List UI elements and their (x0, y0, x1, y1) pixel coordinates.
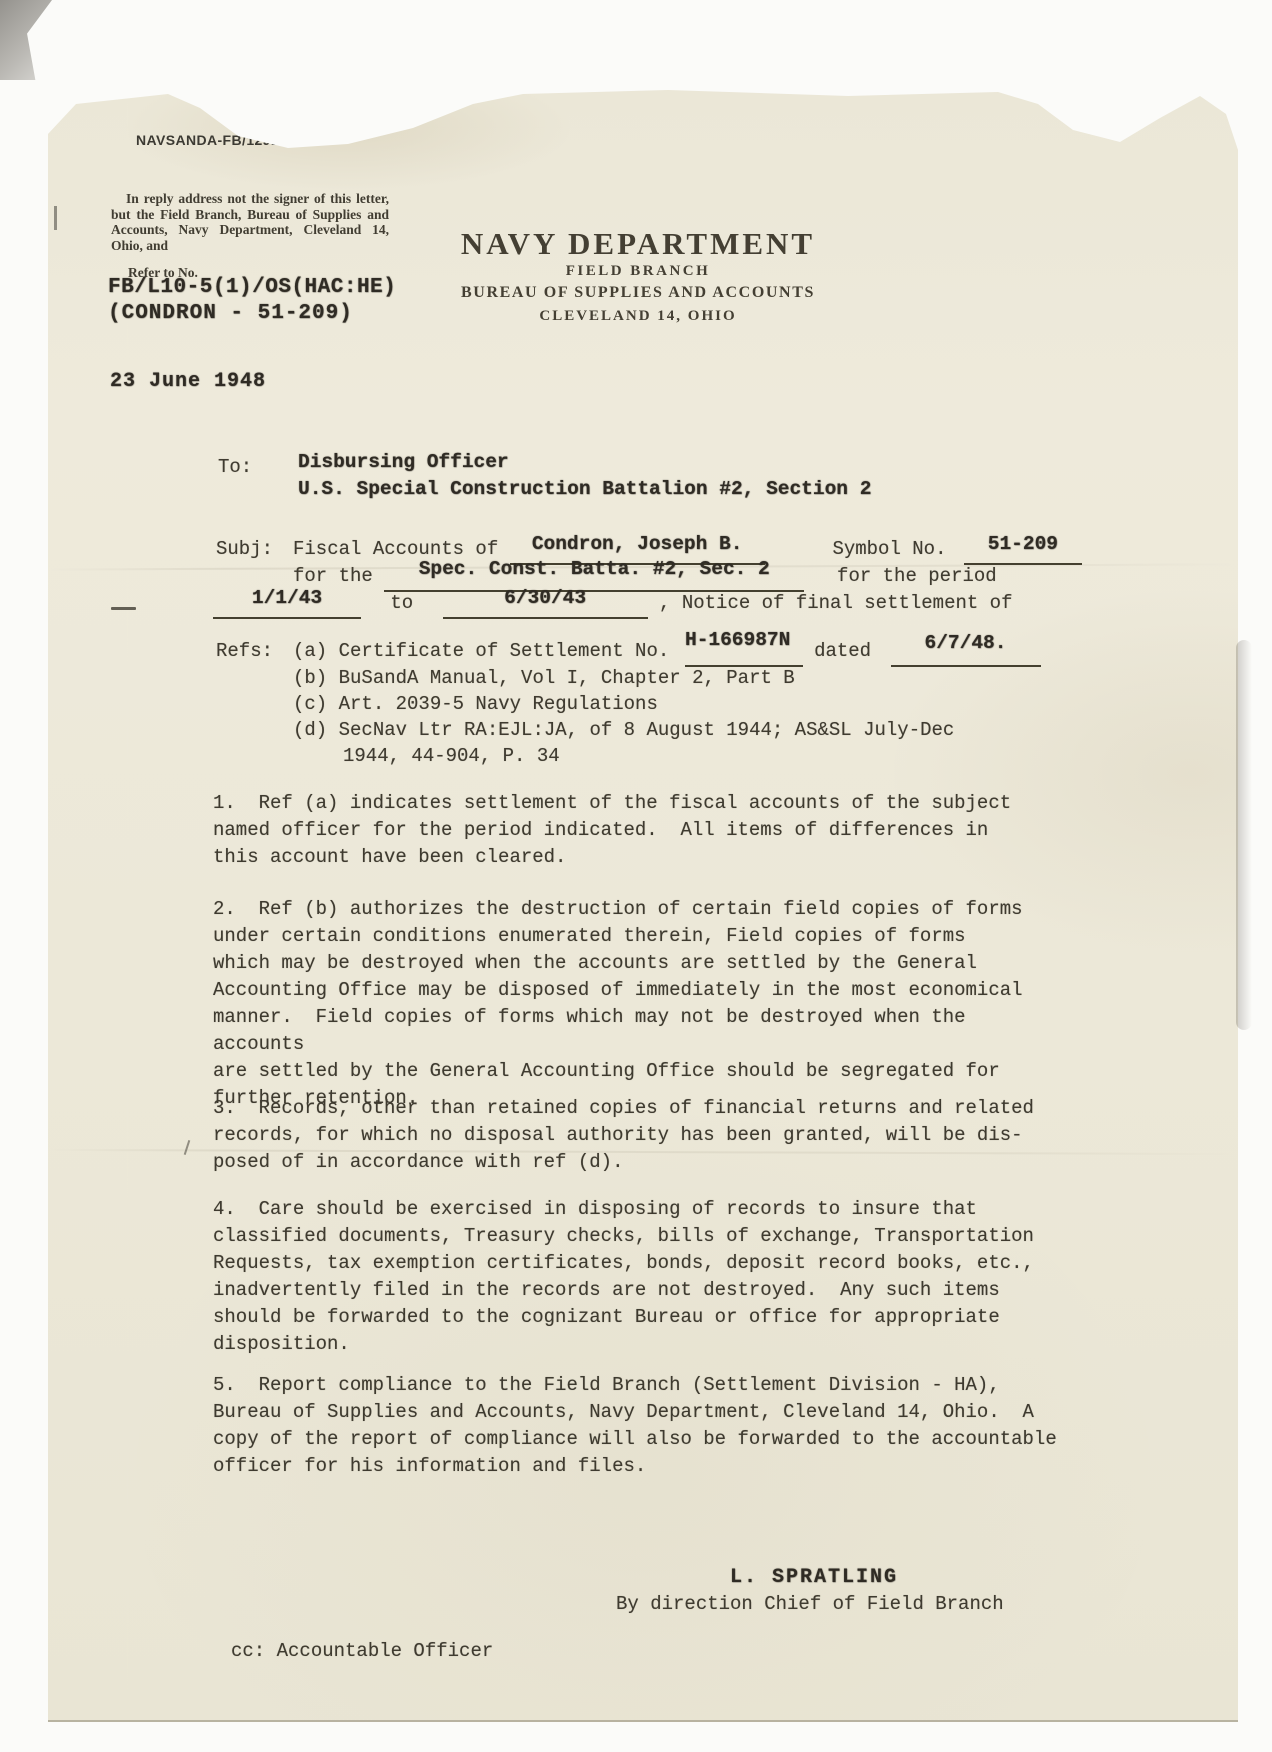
to-line-2: U.S. Special Construction Battalion #2, … (298, 478, 871, 500)
refer-number-line1: FB/L10-5(1)/OS(HAC:HE) (108, 276, 396, 299)
ref-d-line-1: (d) SecNav Ltr RA:EJL:JA, of 8 August 19… (293, 717, 954, 744)
letterhead-branch: FIELD BRANCH (358, 263, 918, 280)
ref-b-line: (b) BuSandA Manual, Vol I, Chapter 2, Pa… (293, 665, 795, 692)
ref-d-line-2: 1944, 44-904, P. 34 (343, 743, 560, 770)
to-word: to (390, 592, 413, 614)
body-paragraph-4: 4. Care should be exercised in disposing… (213, 1196, 1061, 1358)
fill-officer-name: Condron, Joseph B. (532, 531, 743, 558)
ref-a-pre-text: (a) Certificate of Settlement No. (293, 640, 669, 662)
fill-date-from: 1/1/43 (252, 585, 322, 612)
signature-by-direction: By direction Chief of Field Branch (616, 1591, 1004, 1618)
form-number: NAVSANDA-FB/1291H 1-48 (136, 132, 323, 148)
letter-page: NAVSANDA-FB/1291H 1-48 In reply address … (48, 88, 1238, 1722)
fill-certificate-blank: H-166987N (685, 638, 803, 667)
letterhead-city: CLEVELAND 14, OHIO (358, 308, 918, 325)
fill-date-to: 6/30/43 (504, 585, 586, 612)
fill-unit-name: Spec. Const. Batta. #2, Sec. 2 (419, 556, 770, 583)
fill-symbol-blank: 51-209 (964, 536, 1082, 565)
letterhead-bureau: BUREAU OF SUPPLIES AND ACCOUNTS (358, 284, 918, 302)
date-line: 23 June 1948 (110, 370, 266, 393)
paper-bottom-edge (48, 1720, 1238, 1722)
fill-certificate-number: H-166987N (685, 627, 790, 654)
scan-artifact-slash (184, 1140, 191, 1155)
body-paragraph-2: 2. Ref (b) authorizes the destruction of… (213, 896, 1061, 1112)
fill-settlement-date: 6/7/48. (925, 630, 1007, 657)
signature-name: L. SPRATLING (730, 1566, 898, 1589)
dated-text: dated (814, 640, 871, 662)
scan-artifact-dash (111, 607, 136, 610)
body-paragraph-3: 3. Records, other than retained copies o… (213, 1095, 1061, 1176)
to-line-1: Disbursing Officer (298, 451, 509, 473)
body-paragraph-1: 1. Ref (a) indicates settlement of the f… (213, 790, 1061, 871)
fill-symbol-number: 51-209 (988, 531, 1058, 558)
refer-number-line2: (CONDRON - 51-209) (108, 302, 353, 325)
ref-a-line: (a) Certificate of Settlement No. H-1669… (293, 638, 1041, 667)
scanner-corner-artifact (0, 0, 52, 80)
refs-label: Refs: (216, 638, 273, 665)
page-curl-shadow (1236, 640, 1252, 1030)
scan-artifact-edge-tick (54, 206, 57, 230)
fill-settlement-date-blank: 6/7/48. (891, 638, 1041, 667)
symbol-label: Symbol No. (832, 538, 946, 560)
letterhead-title: NAVY DEPARTMENT (358, 226, 918, 262)
subject-label: Subj: (216, 536, 273, 563)
period-label: for the period (837, 565, 997, 587)
subject-line-3: 1/1/43 to 6/30/43 , Notice of final sett… (213, 590, 1013, 619)
reply-instructions: In reply address not the signer of this … (111, 191, 389, 253)
fill-date-from-blank: 1/1/43 (213, 590, 361, 619)
subject-tail-text: , Notice of final settlement of (659, 592, 1012, 614)
cc-line: cc: Accountable Officer (231, 1638, 493, 1665)
body-paragraph-5: 5. Report compliance to the Field Branch… (213, 1372, 1061, 1480)
to-label: To: (218, 454, 252, 481)
ref-c-line: (c) Art. 2039-5 Navy Regulations (293, 691, 658, 718)
fill-date-to-blank: 6/30/43 (443, 590, 648, 619)
